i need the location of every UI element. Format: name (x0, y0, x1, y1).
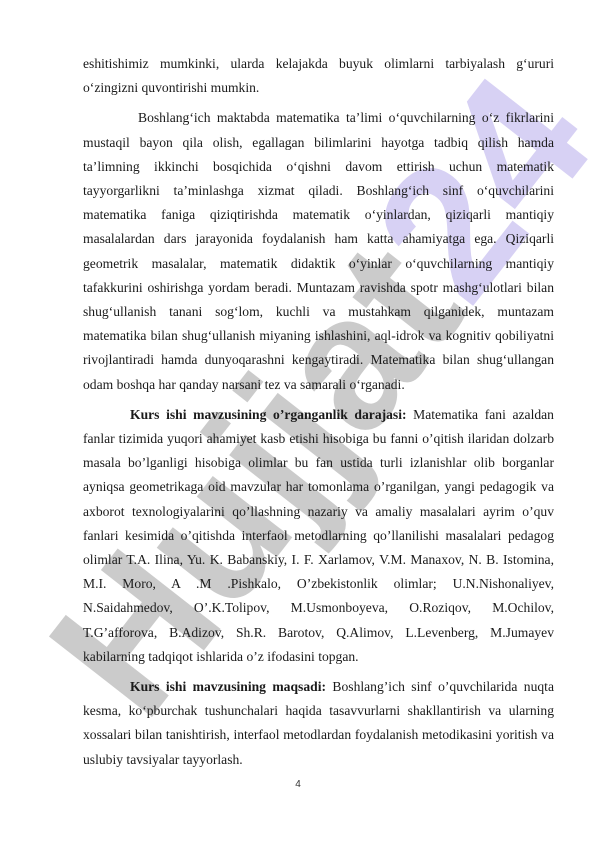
paragraph-goal: Kurs ishi mavzusining maqsadi: Boshlang’… (83, 675, 554, 772)
paragraph-text: Boshlang‘ich maktabda matematika ta’limi… (83, 110, 554, 391)
paragraph-1: eshitishimiz mumkinki, ularda kelajakda … (83, 52, 554, 100)
paragraph-2: Boshlang‘ich maktabda matematika ta’limi… (83, 106, 554, 396)
paragraph-heading: Kurs ishi mavzusining maqsadi: (130, 679, 326, 694)
document-body: eshitishimiz mumkinki, ularda kelajakda … (83, 52, 554, 772)
paragraph-text: Matematika fani azaldan fanlar tizimida … (83, 407, 554, 664)
paragraph-study-level: Kurs ishi mavzusining o’rganganlik daraj… (83, 403, 554, 669)
paragraph-heading: Kurs ishi mavzusining o’rganganlik daraj… (130, 407, 407, 422)
page-number: 4 (0, 779, 596, 790)
paragraph-text: eshitishimiz mumkinki, ularda kelajakda … (83, 56, 554, 95)
document-page: Hujjat24 eshitishimiz mumkinki, ularda k… (0, 0, 596, 842)
